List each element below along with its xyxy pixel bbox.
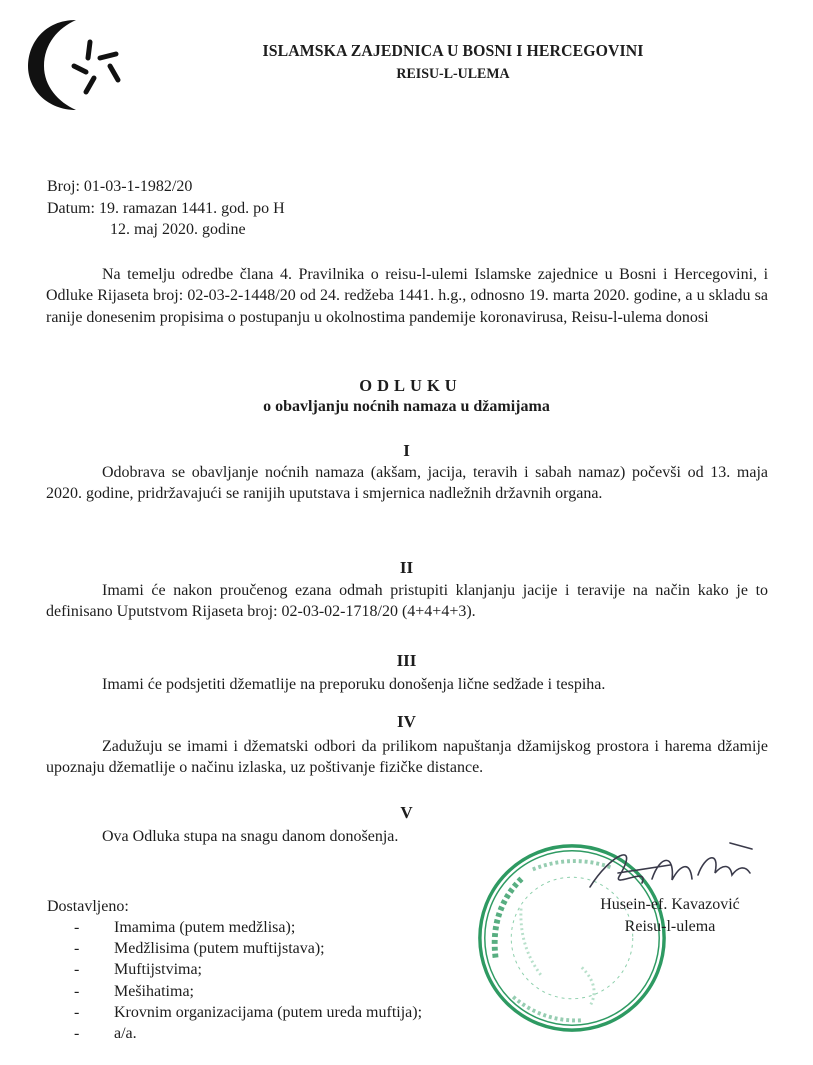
date-hijri: Datum: 19. ramazan 1441. god. po H xyxy=(47,198,285,220)
article-number: IV xyxy=(0,712,813,732)
distribution-list: -Imamima (putem medžlisa); -Medžlisima (… xyxy=(47,917,422,1044)
list-item: -Medžlisima (putem muftijstava); xyxy=(47,938,422,959)
document-meta: Broj: 01-03-1-1982/20 Datum: 19. ramazan… xyxy=(47,176,285,241)
distribution-label: Dostavljeno: xyxy=(47,896,129,917)
office-name: REISU-L-ULEMA xyxy=(28,66,784,83)
signatory-block: Husein-ef. Kavazović Reisu-l-ulema xyxy=(560,894,780,938)
reference-number: Broj: 01-03-1-1982/20 xyxy=(47,176,285,198)
decision-subtitle: o obavljanju noćnih namaza u džamijama xyxy=(0,398,813,416)
decision-title: ODLUKU xyxy=(0,376,813,396)
signatory-name: Husein-ef. Kavazović xyxy=(560,894,780,916)
article-text: Odobrava se obavljanje noćnih namaza (ak… xyxy=(46,462,768,505)
list-item: -Krovnim organizacijama (putem ureda muf… xyxy=(47,1002,422,1023)
list-item: -Imamima (putem medžlisa); xyxy=(47,917,422,938)
article-number: V xyxy=(0,803,813,823)
list-item: -a/a. xyxy=(47,1023,422,1044)
organization-name: ISLAMSKA ZAJEDNICA U BOSNI I HERCEGOVINI xyxy=(28,41,784,61)
list-item: -Mešihatima; xyxy=(47,981,422,1002)
list-item: -Muftijstvima; xyxy=(47,959,422,980)
article-number: III xyxy=(0,651,813,671)
article-number: I xyxy=(0,441,813,461)
intro-paragraph: Na temelju odredbe člana 4. Pravilnika o… xyxy=(46,264,768,328)
article-text: Imami će nakon proučenog ezana odmah pri… xyxy=(46,580,768,623)
article-text: Imami će podsjetiti džematlije na prepor… xyxy=(46,674,768,695)
date-gregorian: 12. maj 2020. godine xyxy=(47,219,285,241)
article-text: Zadužuju se imami i džematski odbori da … xyxy=(46,736,768,779)
signatory-title: Reisu-l-ulema xyxy=(560,916,780,938)
article-number: II xyxy=(0,558,813,578)
crescent-star-logo xyxy=(24,14,134,114)
signature-icon xyxy=(580,835,760,895)
